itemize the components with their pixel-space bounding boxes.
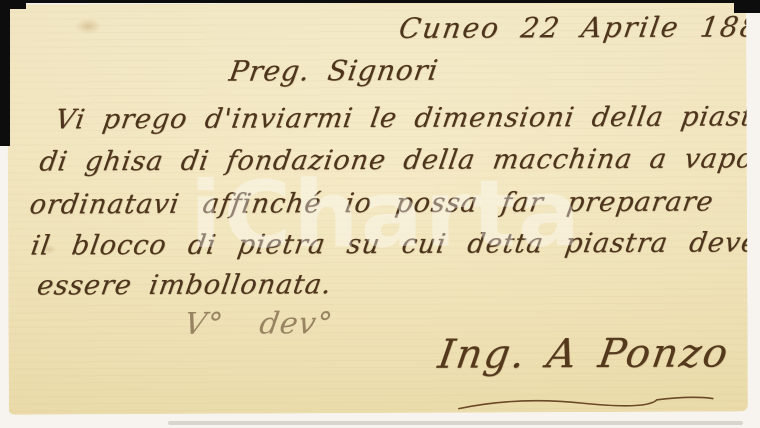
signature-flourish-stroke: [457, 392, 715, 413]
postcard: Cuneo 22 Aprile 1881 Preg. Signori Vi pr…: [7, 1, 748, 414]
paper-stain: [75, 18, 101, 34]
body-line: ordinatavi affinché io possa far prepara…: [28, 189, 716, 219]
scan-edge-left: [0, 0, 10, 146]
salutation: Preg. Signori: [227, 57, 440, 86]
scan-edge-top: [0, 0, 760, 3]
body-line: Vi prego d'inviarmi le dimensioni della …: [54, 103, 748, 133]
body-line: di ghisa di fondazione della macchina a …: [38, 145, 748, 175]
letter-photo: Cuneo 22 Aprile 1881 Preg. Signori Vi pr…: [0, 0, 760, 428]
scan-edge-top-right: [734, 0, 760, 13]
body-line: essere imbollonata.: [35, 271, 334, 299]
date-line: Cuneo 22 Aprile 1881: [397, 13, 748, 43]
card-shadow: [168, 421, 743, 425]
body-line: il blocco di pietra su cui detta piastra…: [29, 229, 748, 259]
closing-abbreviation: V° dev°: [182, 309, 335, 340]
signature: Ing. A Ponzo: [436, 333, 733, 374]
